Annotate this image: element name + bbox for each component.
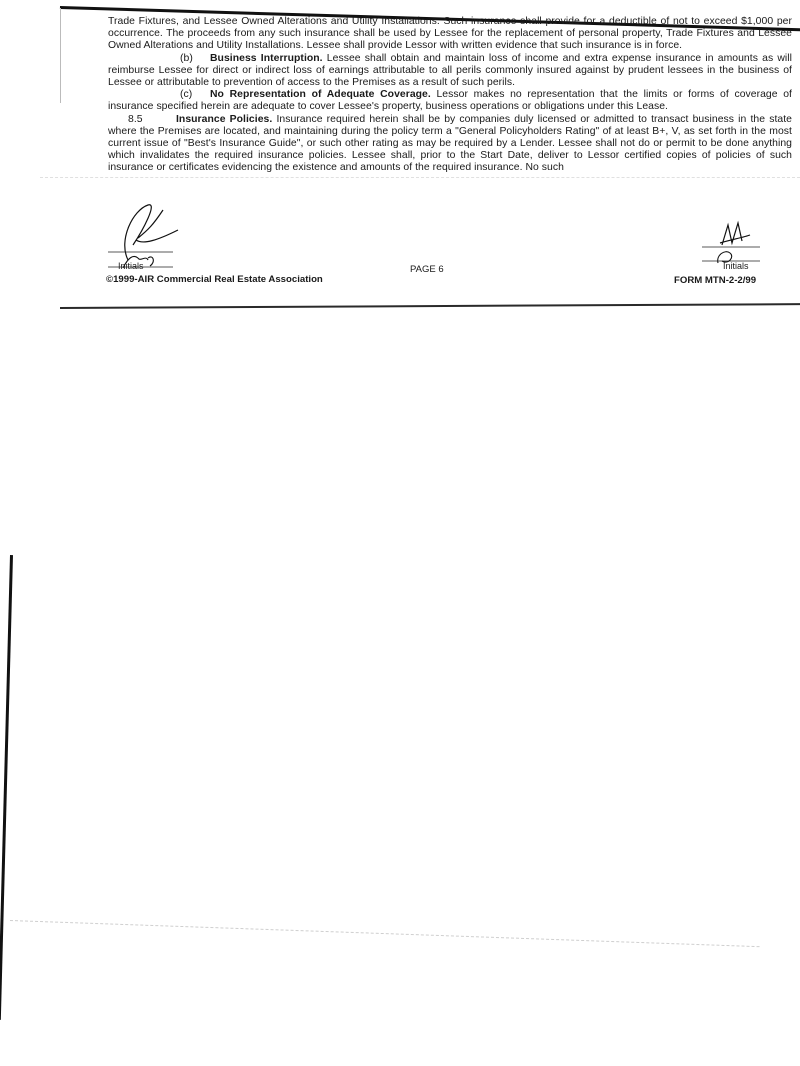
section-heading: Insurance Policies. bbox=[176, 114, 272, 125]
copyright-notice: ©1999-AIR Commercial Real Estate Associa… bbox=[106, 274, 323, 285]
form-identifier: FORM MTN-2-2/99 bbox=[674, 275, 756, 286]
section-insurance-policies: 8.5Insurance Policies. Insurance require… bbox=[108, 114, 792, 175]
signature-initials-left bbox=[108, 200, 198, 270]
page-number: PAGE 6 bbox=[410, 264, 444, 275]
text-line: Trade Fixtures, and Lessee Owned Alterat… bbox=[108, 16, 605, 27]
lease-body-text: Trade Fixtures, and Lessee Owned Alterat… bbox=[108, 16, 792, 175]
section-marker: (b) bbox=[180, 53, 210, 65]
text-line: evidence that such insurance is in force… bbox=[495, 40, 682, 51]
section-marker: (c) bbox=[180, 89, 210, 101]
section-number: 8.5 bbox=[128, 114, 176, 126]
section-business-interruption: (b)Business Interruption. Lessee shall o… bbox=[108, 53, 792, 90]
paragraph-continuation: Trade Fixtures, and Lessee Owned Alterat… bbox=[108, 16, 792, 53]
scan-artifact-line bbox=[40, 177, 800, 178]
scan-artifact-line-lower bbox=[10, 920, 760, 947]
scan-edge-left bbox=[60, 8, 61, 103]
scan-edge-left-lower bbox=[0, 555, 13, 1020]
initials-label-right: Initials bbox=[723, 261, 749, 271]
section-heading: No Representation of Adequate Coverage. bbox=[210, 89, 431, 100]
section-adequate-coverage: (c)No Representation of Adequate Coverag… bbox=[108, 89, 792, 113]
initials-label-left: Initials bbox=[118, 261, 144, 271]
section-heading: Business Interruption. bbox=[210, 53, 323, 64]
page-bottom-edge bbox=[60, 303, 800, 309]
